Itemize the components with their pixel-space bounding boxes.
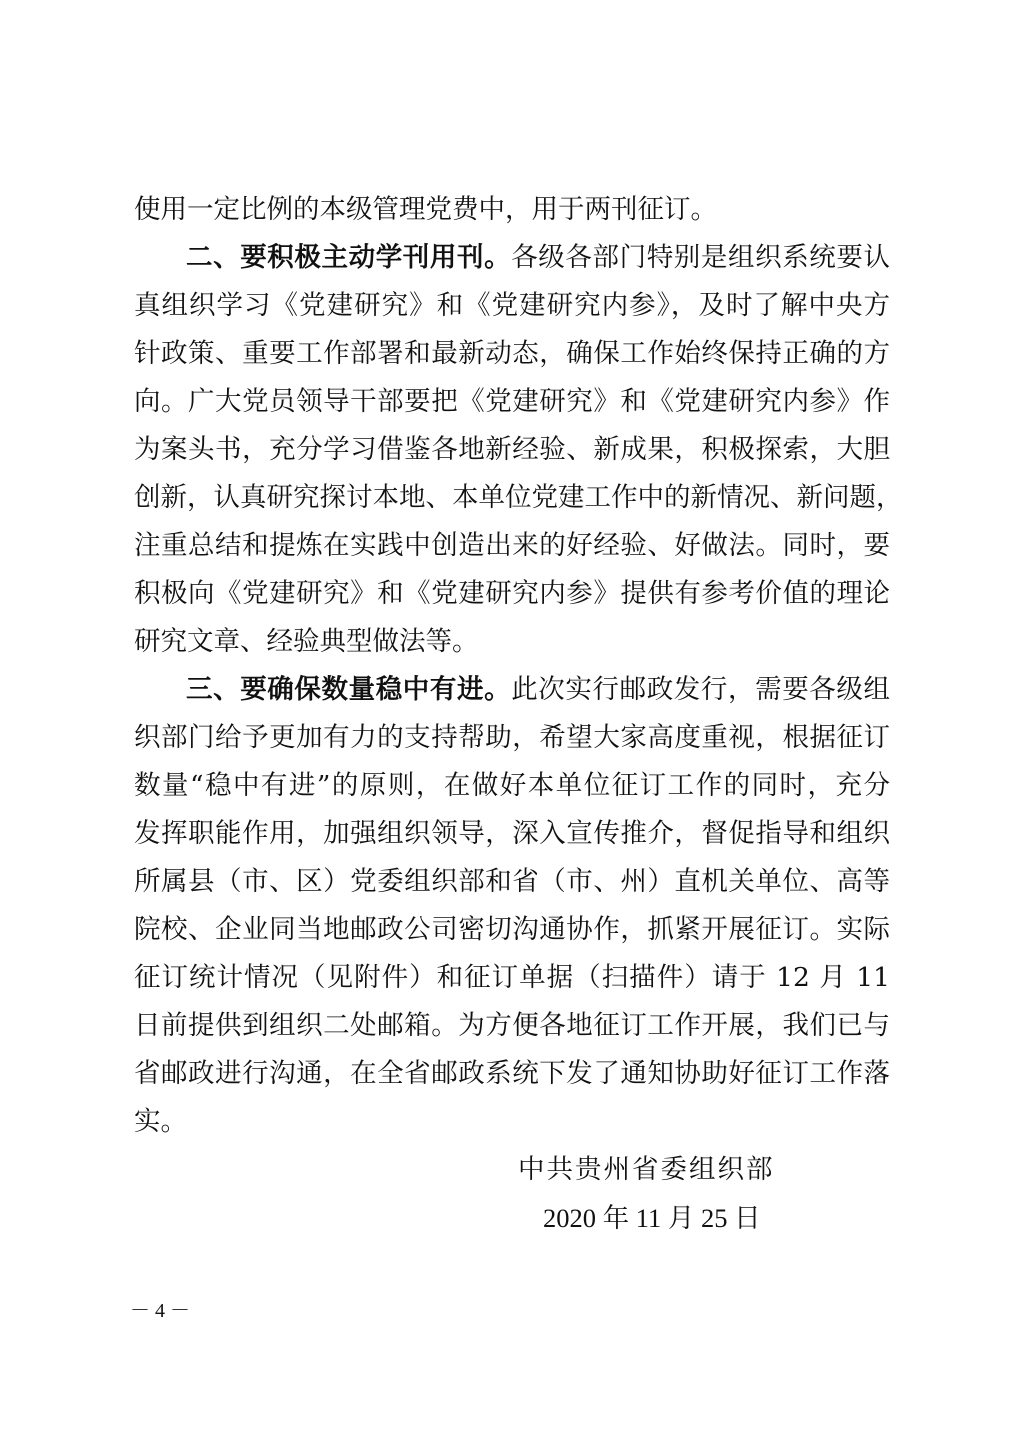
paragraph-line: 使用一定比例的本级管理党费中，用于两刊征订。	[134, 190, 890, 230]
paragraph-line: 实。	[134, 1102, 890, 1142]
line-text: 发挥职能作用，加强组织领导，深入宣传推介，督促指导和组织	[134, 818, 890, 849]
line-text: 各级各部门特别是组织系统要认	[511, 242, 890, 273]
line-text: 此次实行邮政发行，需要各级组	[511, 674, 890, 705]
paragraph-line: 征订统计情况（见附件）和征订单据（扫描件）请于 12 月 11	[134, 958, 890, 998]
section-heading-line: 三、要确保数量稳中有进。此次实行邮政发行，需要各级组	[186, 670, 890, 710]
paragraph-line: 发挥职能作用，加强组织领导，深入宣传推介，督促指导和组织	[134, 814, 890, 854]
paragraph-line: 日前提供到组织二处邮箱。为方便各地征订工作开展，我们已与	[134, 1006, 890, 1046]
line-text: 院校、企业同当地邮政公司密切沟通协作，抓紧开展征订。实际	[134, 914, 890, 945]
paragraph-line: 积极向《党建研究》和《党建研究内参》提供有参考价值的理论	[134, 574, 890, 614]
line-text: 针政策、重要工作部署和最新动态，确保工作始终保持正确的方	[134, 338, 890, 369]
line-text: 向。广大党员领导干部要把《党建研究》和《党建研究内参》作	[134, 386, 890, 417]
paragraph-line: 省邮政进行沟通，在全省邮政系统下发了通知协助好征订工作落	[134, 1054, 890, 1094]
section-heading-3: 三、要确保数量稳中有进。	[186, 674, 511, 705]
signature-date: 2020 年 11 月 25 日	[543, 1198, 761, 1238]
line-text: 所属县（市、区）党委组织部和省（市、州）直机关单位、高等	[134, 866, 890, 897]
line-text: 使用一定比例的本级管理党费中，用于两刊征订。	[134, 194, 717, 225]
section-heading-line: 二、要积极主动学刊用刊。各级各部门特别是组织系统要认	[186, 238, 890, 278]
line-text: 研究文章、经验典型做法等。	[134, 626, 479, 657]
line-text: 征订统计情况（见附件）和征订单据（扫描件）请于 12 月 11	[134, 962, 890, 993]
page-number: － 4 －	[130, 1296, 190, 1326]
paragraph-line: 院校、企业同当地邮政公司密切沟通协作，抓紧开展征订。实际	[134, 910, 890, 950]
paragraph-line: 织部门给予更加有力的支持帮助，希望大家高度重视，根据征订	[134, 718, 890, 758]
section-heading-2: 二、要积极主动学刊用刊。	[186, 242, 511, 273]
paragraph-line: 向。广大党员领导干部要把《党建研究》和《党建研究内参》作	[134, 382, 890, 422]
line-text: 省邮政进行沟通，在全省邮政系统下发了通知协助好征订工作落	[134, 1058, 890, 1089]
paragraph-line: 数量“稳中有进”的原则，在做好本单位征订工作的同时，充分	[134, 766, 890, 806]
paragraph-line: 所属县（市、区）党委组织部和省（市、州）直机关单位、高等	[134, 862, 890, 902]
line-text: 日前提供到组织二处邮箱。为方便各地征订工作开展，我们已与	[134, 1010, 890, 1041]
line-text: 数量“稳中有进”的原则，在做好本单位征订工作的同时，充分	[134, 770, 890, 801]
line-text: 织部门给予更加有力的支持帮助，希望大家高度重视，根据征订	[134, 722, 890, 753]
paragraph-line: 注重总结和提炼在实践中创造出来的好经验、好做法。同时，要	[134, 526, 890, 566]
line-text: 创新，认真研究探讨本地、本单位党建工作中的新情况、新问题，	[134, 482, 903, 513]
paragraph-line: 为案头书，充分学习借鉴各地新经验、新成果，积极探索，大胆	[134, 430, 890, 470]
line-text: 真组织学习《党建研究》和《党建研究内参》，及时了解中央方	[134, 290, 890, 321]
line-text: 注重总结和提炼在实践中创造出来的好经验、好做法。同时，要	[134, 530, 890, 561]
line-text: 实。	[134, 1106, 187, 1137]
paragraph-line: 创新，认真研究探讨本地、本单位党建工作中的新情况、新问题，	[134, 478, 890, 518]
line-text: 积极向《党建研究》和《党建研究内参》提供有参考价值的理论	[134, 578, 890, 609]
signature-organization: 中共贵州省委组织部	[518, 1150, 775, 1190]
line-text: 为案头书，充分学习借鉴各地新经验、新成果，积极探索，大胆	[134, 434, 890, 465]
paragraph-line: 真组织学习《党建研究》和《党建研究内参》，及时了解中央方	[134, 286, 890, 326]
paragraph-line: 研究文章、经验典型做法等。	[134, 622, 890, 662]
document-page: 使用一定比例的本级管理党费中，用于两刊征订。 二、要积极主动学刊用刊。各级各部门…	[0, 0, 1024, 1448]
paragraph-line: 针政策、重要工作部署和最新动态，确保工作始终保持正确的方	[134, 334, 890, 374]
